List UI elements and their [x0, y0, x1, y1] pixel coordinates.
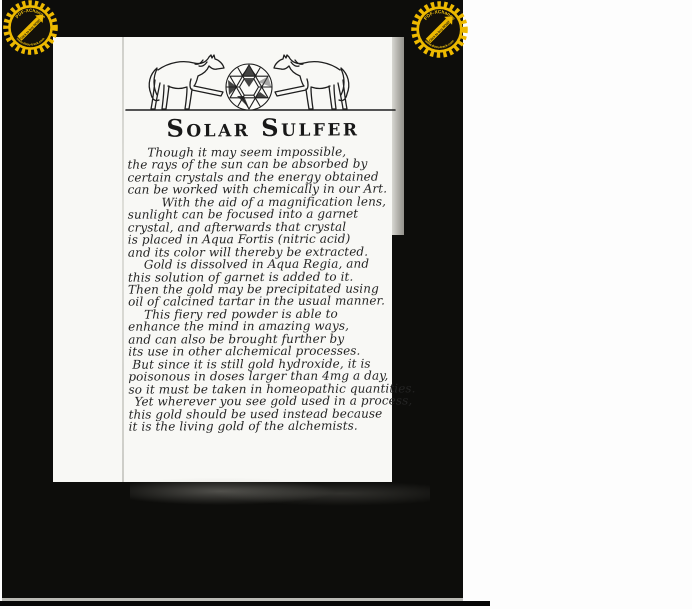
- page-crease-line: [122, 37, 124, 482]
- faceted-gem: [226, 64, 272, 110]
- scan-smudge: [130, 478, 430, 522]
- right-horse: [274, 55, 349, 109]
- left-horse: [149, 55, 224, 109]
- paragraph-4: This fiery red powder is able to enhance…: [128, 307, 419, 433]
- paragraph-1: Though it may seem impossible, the rays …: [127, 145, 417, 196]
- scanned-document-view: Solar Sulfer Though it may seem impossib…: [0, 0, 692, 609]
- paragraph-2: With the aid of a magnification lens, su…: [128, 195, 418, 259]
- document-page: Solar Sulfer Though it may seem impossib…: [53, 37, 392, 482]
- handwritten-body: Though it may seem impossible, the rays …: [127, 145, 418, 433]
- watermark-stamp-left[interactable]: PDF-XChange www.docu-track.com Click to …: [2, 0, 59, 56]
- watermark-stamp-right[interactable]: PDF-XChange www.docu-track.com Click to …: [410, 0, 469, 59]
- horses-and-gem-illustration: [125, 52, 397, 114]
- text-line: it is the living gold of the alchemists.: [129, 419, 419, 433]
- page-title: Solar Sulfer: [123, 112, 403, 143]
- page-fold-shadow: [61, 37, 123, 482]
- paragraph-3: Gold is dissolved in Aqua Regia, and thi…: [128, 257, 418, 308]
- scan-bottom-edge-bar: [0, 601, 490, 606]
